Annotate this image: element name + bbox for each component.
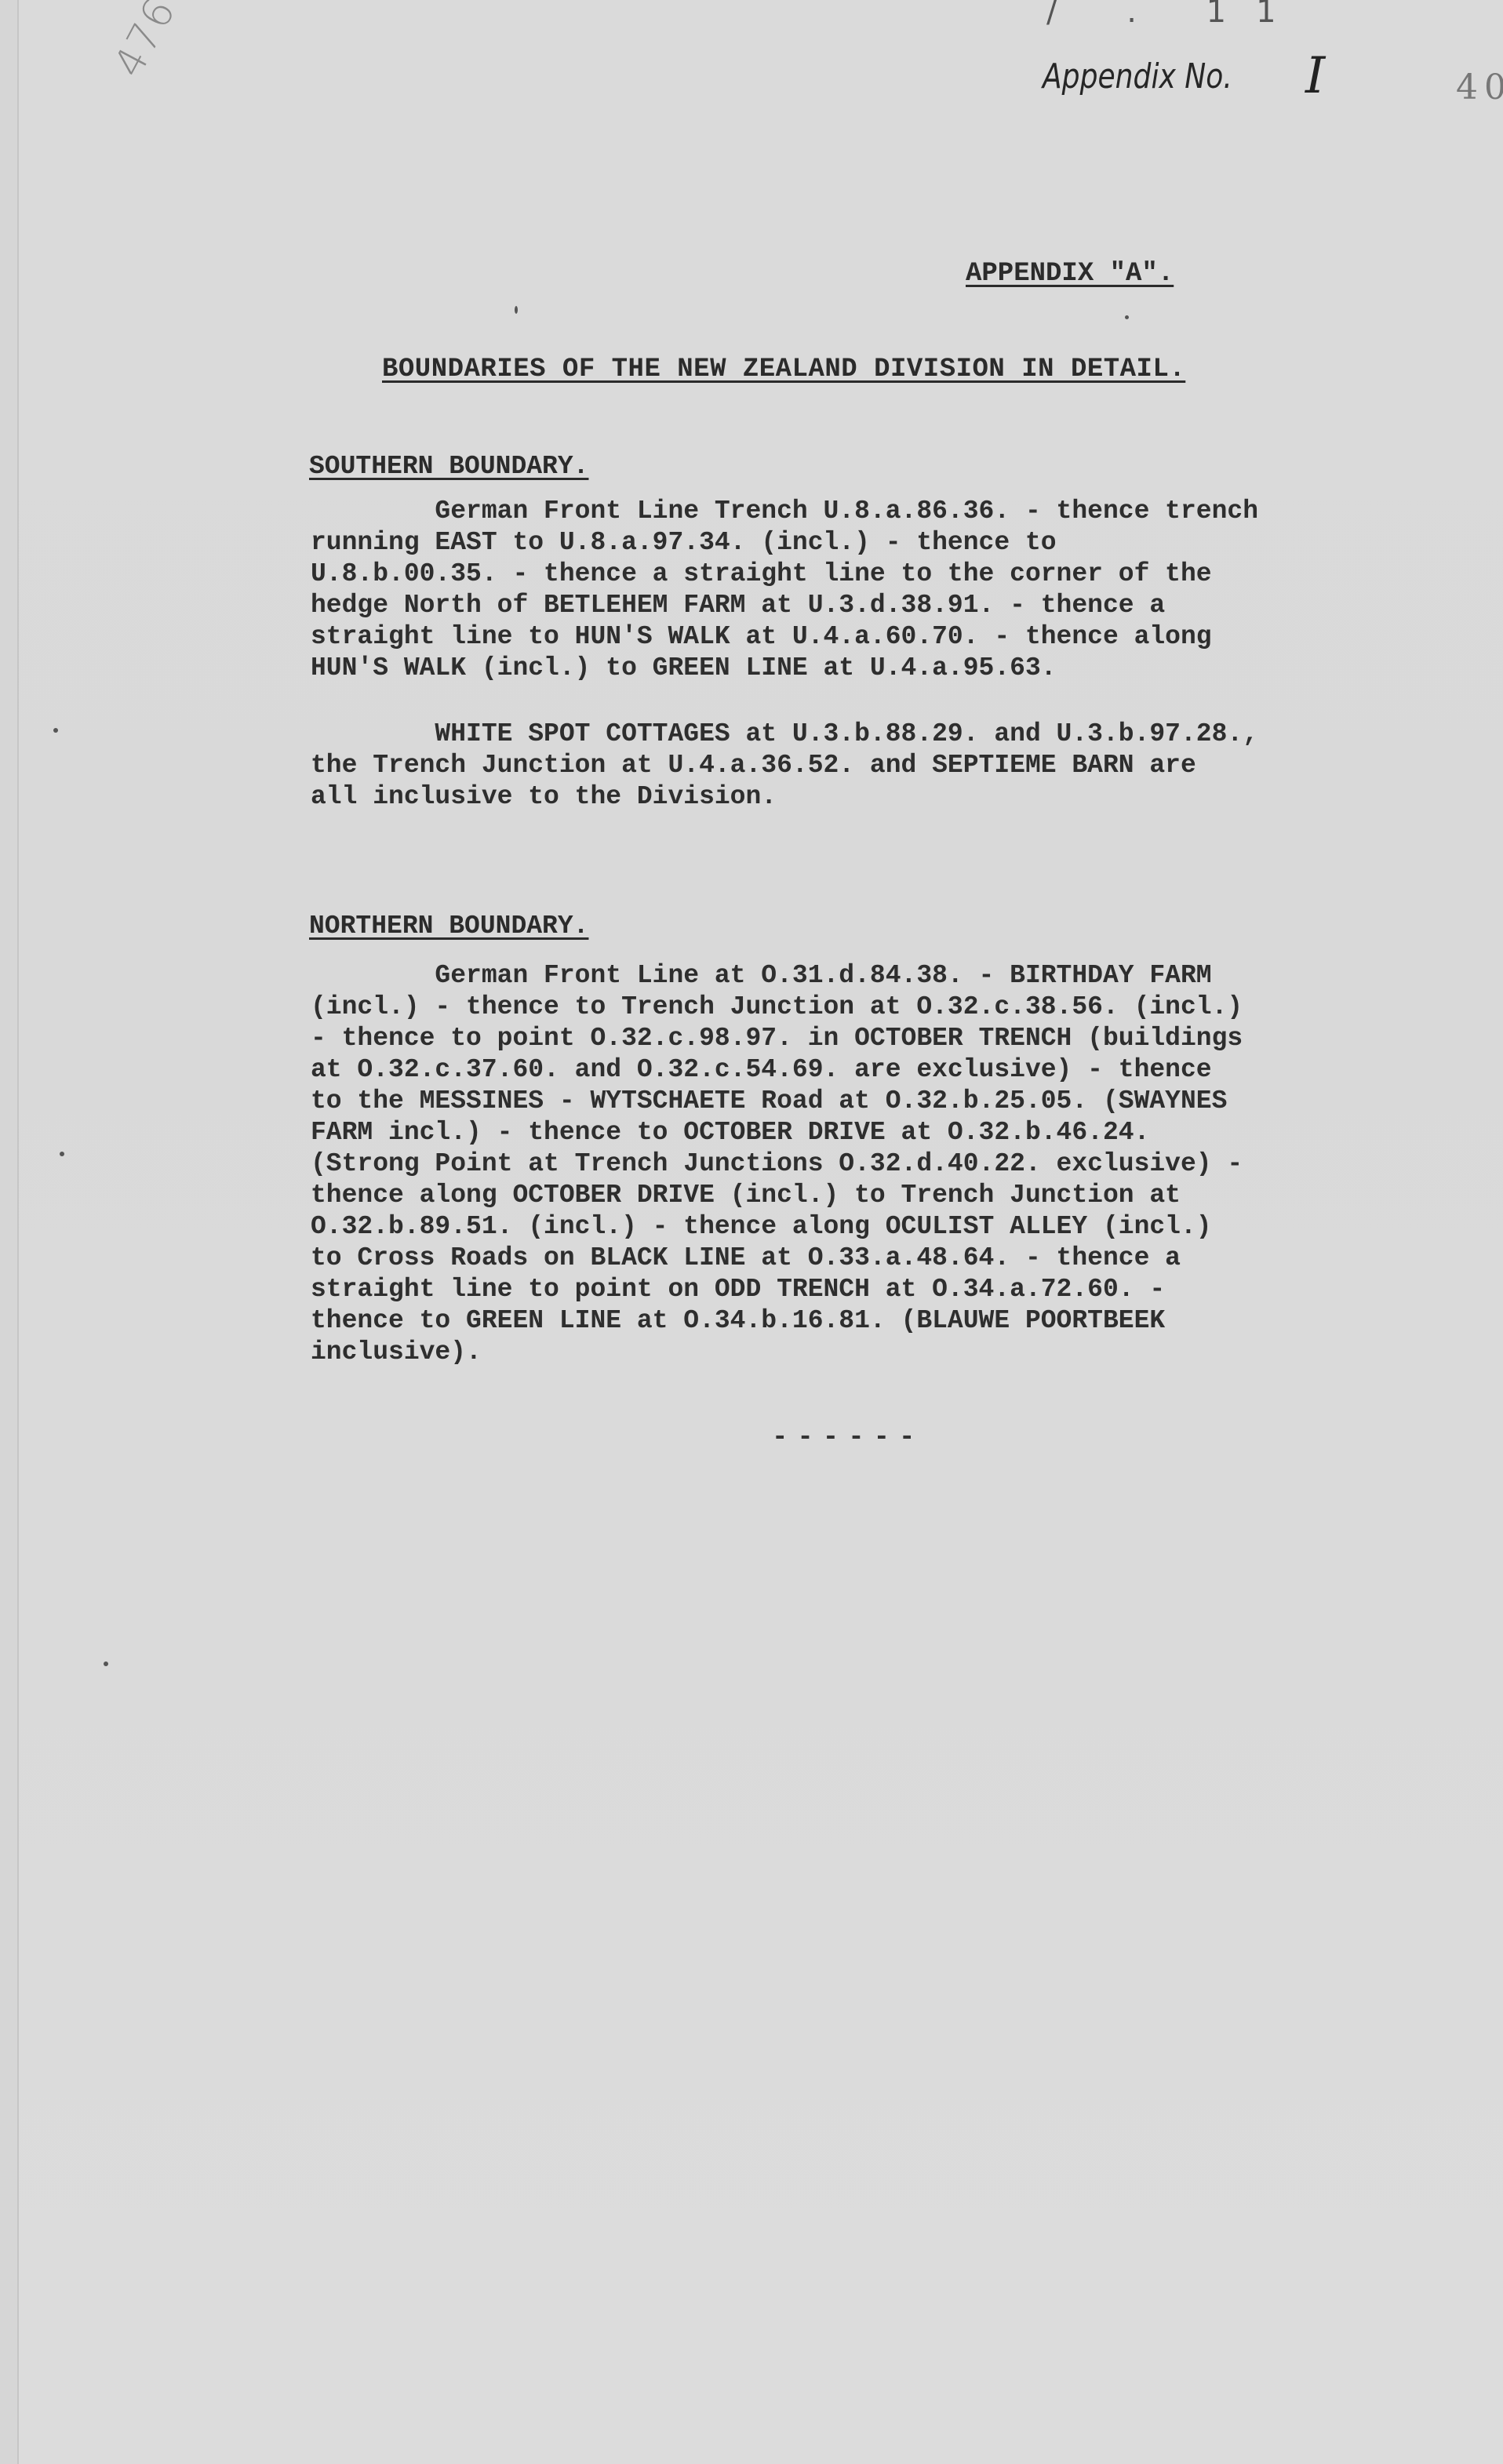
- document-title: BOUNDARIES OF THE NEW ZEALAND DIVISION I…: [382, 355, 1185, 384]
- folio-number: 40: [1456, 67, 1503, 107]
- ink-speck: [515, 306, 518, 314]
- southern-boundary-paragraph: German Front Line Trench U.8.a.86.36. - …: [311, 496, 1456, 684]
- ink-speck: [60, 1152, 64, 1156]
- document-page: 476 / . 11 Appendix No. I 40 APPENDIX "A…: [17, 0, 1503, 2464]
- appendix-stamp-number: I: [1305, 47, 1325, 105]
- northern-boundary-heading: NORTHERN BOUNDARY.: [309, 912, 588, 941]
- end-separator: ------: [772, 1423, 924, 1453]
- ink-speck: [104, 1661, 108, 1666]
- appendix-stamp-label: Appendix No.: [1043, 56, 1232, 96]
- southern-inclusions-paragraph: WHITE SPOT COTTAGES at U.3.b.88.29. and …: [311, 719, 1456, 813]
- ink-speck: [1125, 315, 1129, 319]
- appendix-heading: APPENDIX "A".: [966, 259, 1174, 289]
- handwritten-page-number: 476: [105, 0, 185, 85]
- top-margin-marks: / . 11: [1046, 0, 1306, 30]
- ink-speck: [53, 728, 58, 733]
- northern-boundary-paragraph: German Front Line at O.31.d.84.38. - BIR…: [311, 960, 1456, 1368]
- southern-boundary-heading: SOUTHERN BOUNDARY.: [309, 452, 588, 481]
